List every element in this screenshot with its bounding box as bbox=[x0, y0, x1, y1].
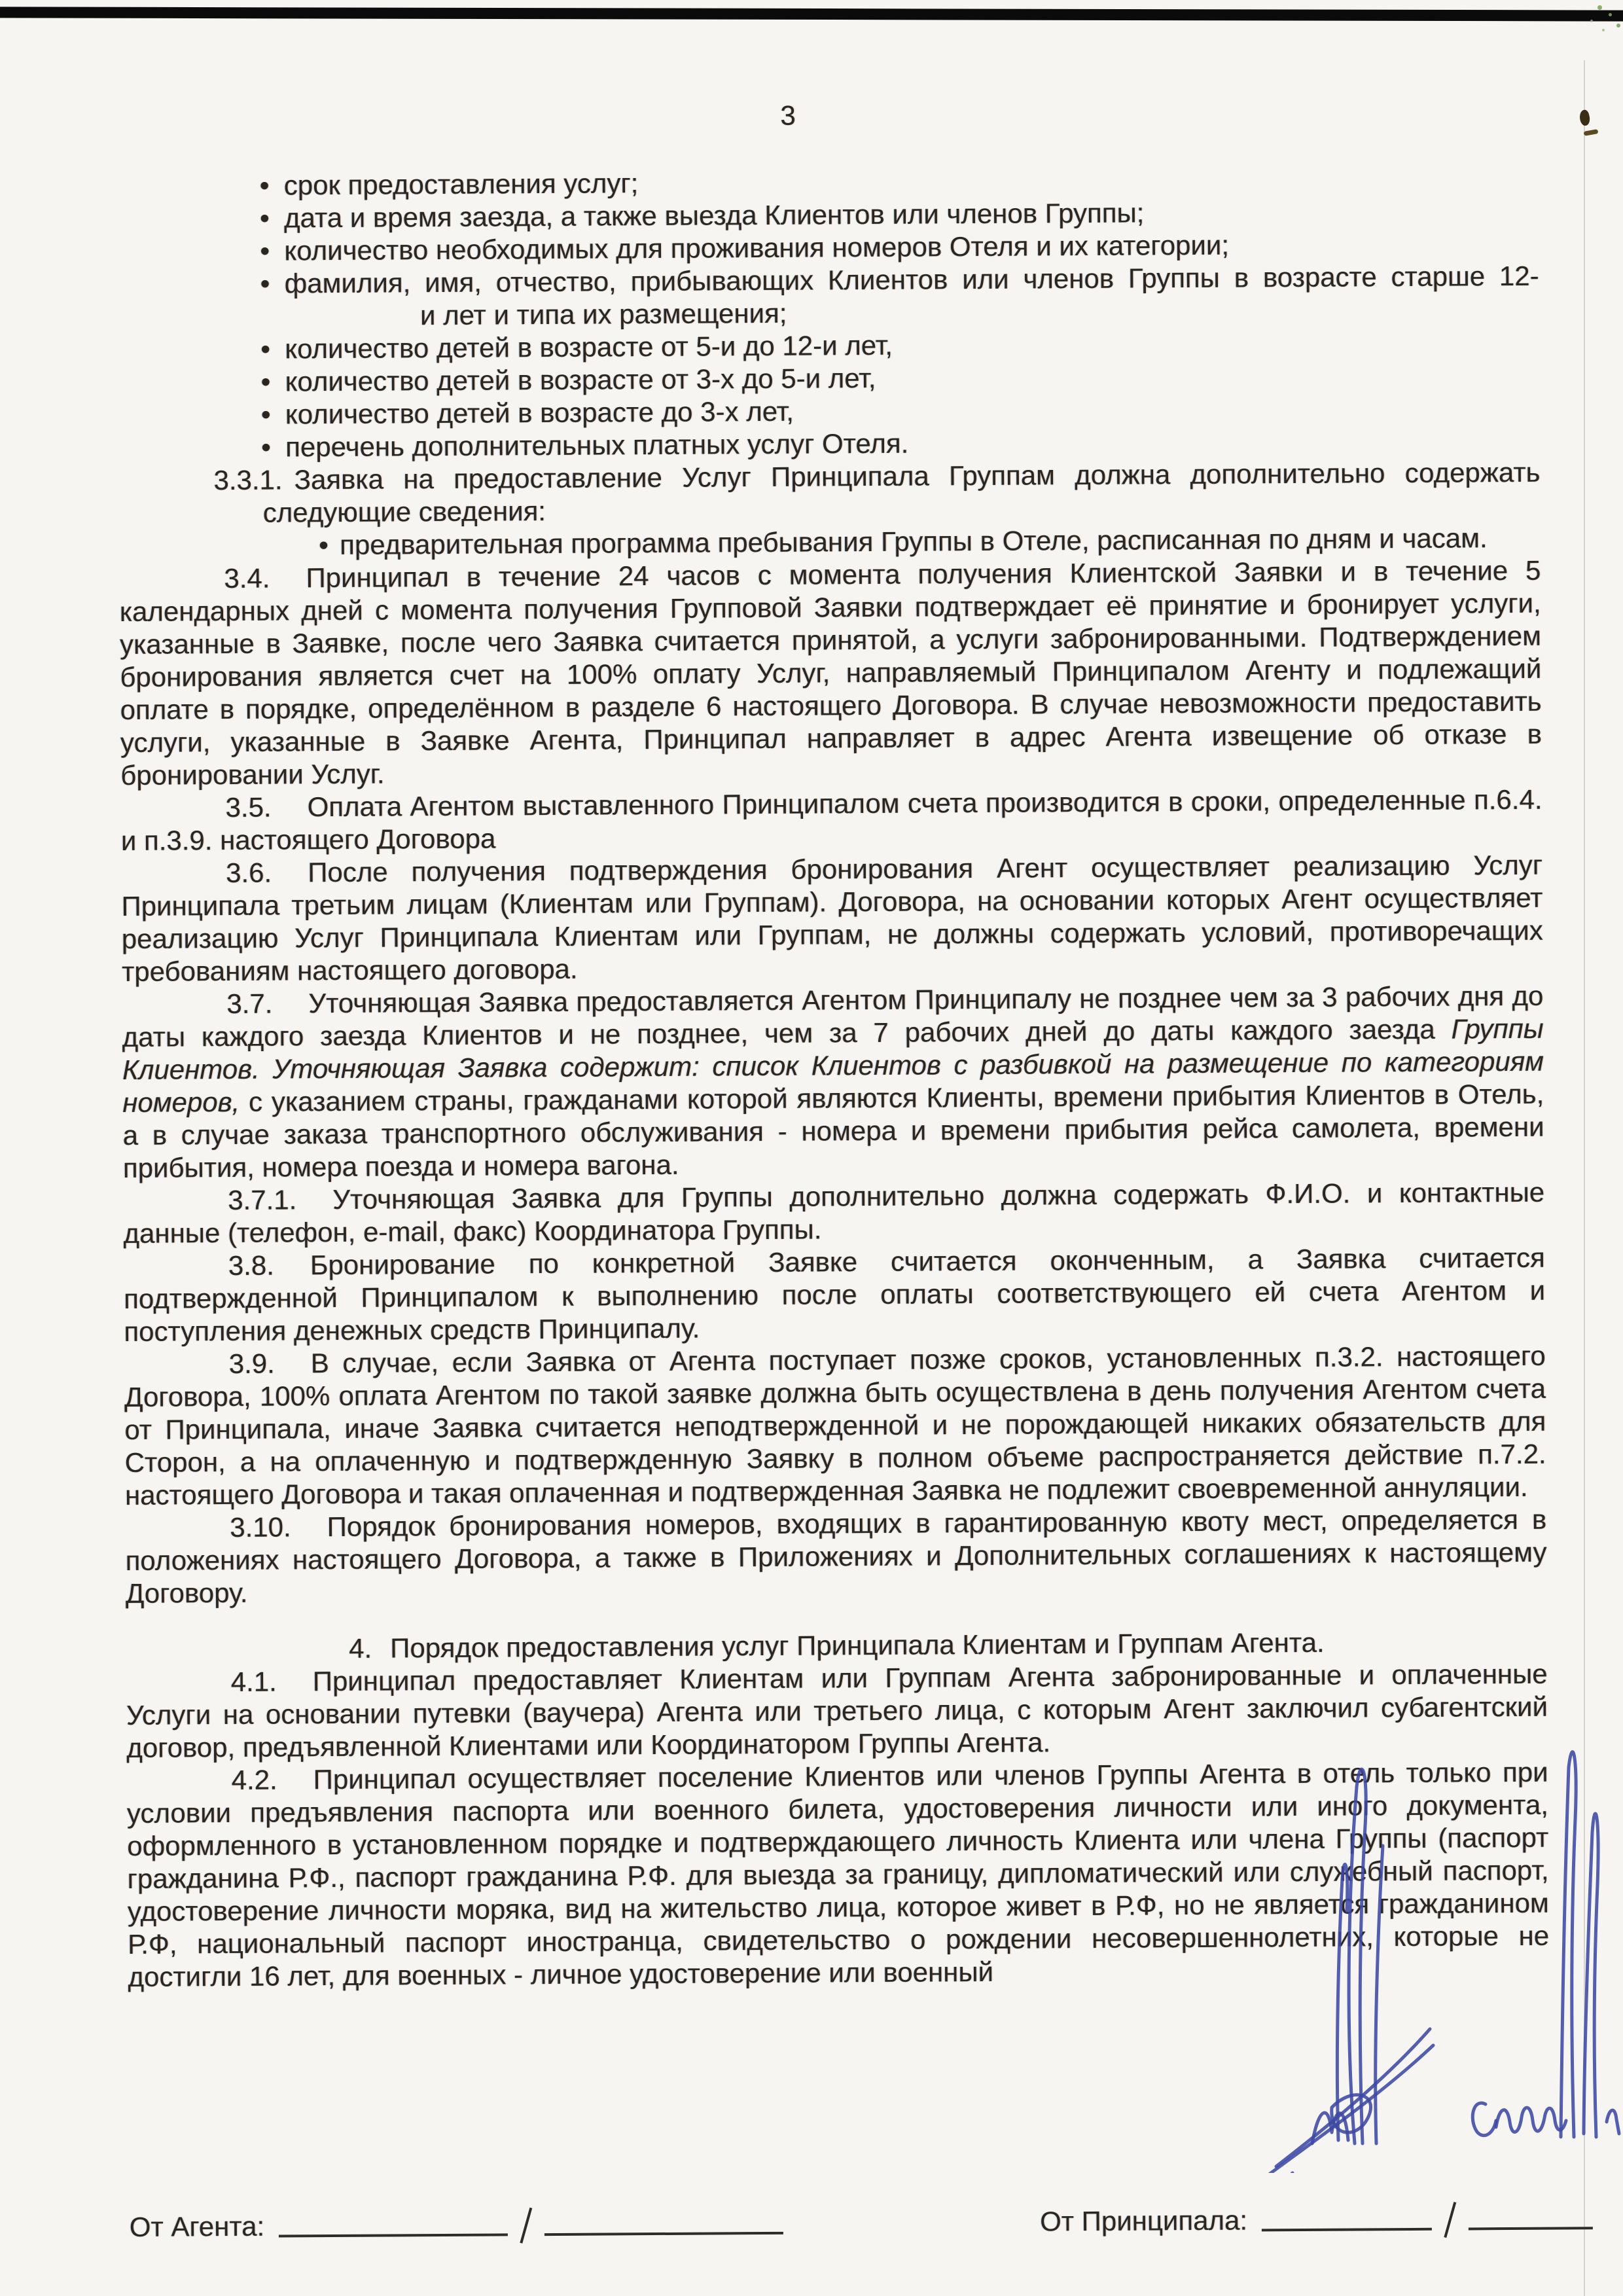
clause-number: 4.2. bbox=[232, 1765, 277, 1795]
signature-stroke bbox=[1607, 2110, 1619, 2134]
document-body: 3 •срок предоставления услуг; •дата и вр… bbox=[116, 95, 1550, 1994]
paragraph-3-6: 3.6.После получения подтверждения бронир… bbox=[121, 849, 1543, 988]
clause-text: Порядок бронирования номеров, входящих в… bbox=[125, 1504, 1546, 1609]
signature-stroke bbox=[1472, 2103, 1496, 2136]
signature-stroke bbox=[1253, 2045, 1433, 2173]
principal-signature-line-2 bbox=[1469, 2227, 1593, 2230]
clause-number: 3.9. bbox=[229, 1348, 275, 1379]
bullet-text: перечень дополнительных платных услуг От… bbox=[285, 428, 908, 463]
principal-signature-slash bbox=[1444, 2202, 1457, 2238]
paragraph-3-9: 3.9.В случае, если Заявка от Агента пост… bbox=[124, 1340, 1546, 1512]
clause-text: Уточняющая Заявка для Группы дополнитель… bbox=[123, 1177, 1544, 1249]
agent-signature-label: От Агента: bbox=[130, 2210, 265, 2244]
bullet-text: фамилия, имя, отчество, прибывающих Клие… bbox=[285, 260, 1539, 299]
agent-signature-line-2 bbox=[544, 2232, 783, 2236]
clause-number: 3.6. bbox=[226, 857, 272, 888]
paragraph-3-7: 3.7.Уточняющая Заявка предоставляется Аг… bbox=[122, 980, 1544, 1185]
clause-number: 3.8. bbox=[228, 1250, 274, 1281]
clause-text: Уточняющая Заявка предоставляется Агенто… bbox=[122, 980, 1544, 1052]
clause-text: Бронирование по конкретной Заявке считае… bbox=[124, 1242, 1545, 1347]
clause-number: 3.4. bbox=[224, 563, 270, 594]
signature-stroke bbox=[1349, 1769, 1366, 2144]
bullet-text: количество необходимых для проживания но… bbox=[284, 230, 1229, 266]
agent-signature-slash bbox=[520, 2208, 533, 2244]
bullet-icon: • bbox=[260, 365, 285, 398]
signature-stroke bbox=[1496, 2108, 1566, 2132]
bullet-icon: • bbox=[260, 234, 284, 267]
bullet-icon: • bbox=[260, 169, 284, 202]
ink-blot bbox=[1578, 109, 1592, 127]
bullet-text: дата и время заезда, а также выезда Клие… bbox=[284, 197, 1145, 233]
paragraph-3-10: 3.10.Порядок бронирования номеров, входя… bbox=[125, 1503, 1547, 1610]
clause-text: После получения подтверждения бронирован… bbox=[121, 850, 1543, 987]
speckle-3 bbox=[1616, 24, 1620, 27]
section-title: Порядок предоставления услуг Принципала … bbox=[390, 1627, 1325, 1664]
paragraph-3-3-1: 3.3.1.Заявка на предоставление Услуг При… bbox=[213, 456, 1541, 529]
paragraph-3-4: 3.4.Принципал в течение 24 часов с момен… bbox=[119, 554, 1542, 792]
clause-number: 3.5. bbox=[225, 792, 271, 823]
paragraph-3-7-1: 3.7.1.Уточняющая Заявка для Группы допол… bbox=[123, 1176, 1545, 1250]
bullet-text: количество детей в возрасте от 3-х до 5-… bbox=[285, 363, 876, 397]
clause-number: 3.3.1. bbox=[213, 464, 282, 495]
scanned-page: 3 •срок предоставления услуг; •дата и вр… bbox=[0, 0, 1623, 2296]
clause-text: Принципал в течение 24 часов с момента п… bbox=[120, 555, 1542, 791]
clause-text: В случае, если Заявка от Агента поступае… bbox=[124, 1340, 1546, 1511]
bullet-text: количество детей в возрасте от 5-и до 12… bbox=[285, 330, 893, 365]
signature-stroke bbox=[1584, 1814, 1598, 2137]
signature-row: От Агента: От Принципала: bbox=[130, 2201, 1551, 2244]
bullet-icon: • bbox=[260, 332, 285, 365]
bullet-icon: • bbox=[260, 267, 285, 300]
bullet-text: количество детей в возрасте до 3-х лет, bbox=[285, 396, 794, 430]
bullet-text: предварительная программа пребывания Гру… bbox=[340, 522, 1488, 560]
agent-signature-line-1 bbox=[279, 2233, 508, 2237]
speckle-4 bbox=[1602, 29, 1605, 31]
page-number: 3 bbox=[77, 95, 1499, 136]
principal-signature-block: От Принципала: bbox=[1040, 2200, 1593, 2238]
clause-number: 3.10. bbox=[230, 1511, 291, 1543]
signature-stroke bbox=[1561, 1752, 1576, 2137]
bullet-icon: • bbox=[319, 529, 340, 562]
clause-text: с указанием страны, гражданами которой я… bbox=[122, 1079, 1544, 1183]
bullet-text: срок предоставления услуг; bbox=[284, 168, 639, 200]
paragraph-3-8: 3.8.Бронирование по конкретной Заявке сч… bbox=[124, 1242, 1546, 1348]
bullet-list: •срок предоставления услуг; •дата и врем… bbox=[117, 162, 1541, 465]
signature-stroke bbox=[1376, 1846, 1383, 2144]
clause-text: Оплата Агентом выставленного Принципалом… bbox=[121, 784, 1543, 856]
scan-top-band bbox=[0, 7, 1623, 21]
agent-signature-block: От Агента: bbox=[130, 2206, 784, 2244]
clause-number: 4.1. bbox=[231, 1666, 277, 1697]
principal-signature-line-1 bbox=[1262, 2228, 1432, 2232]
section-number: 4. bbox=[349, 1633, 372, 1664]
bullet-icon: • bbox=[261, 431, 285, 463]
speckle-2 bbox=[1609, 13, 1612, 16]
speckle-1 bbox=[1597, 5, 1602, 10]
paragraph-3-5: 3.5.Оплата Агентом выставленного Принцип… bbox=[120, 783, 1543, 857]
clause-number: 3.7.1. bbox=[228, 1184, 296, 1215]
clause-text: Заявка на предоставление Услуг Принципал… bbox=[294, 457, 1540, 495]
ink-blot-dash bbox=[1584, 129, 1599, 136]
bullet-icon: • bbox=[260, 202, 284, 234]
principal-signature-label: От Принципала: bbox=[1040, 2204, 1247, 2238]
bullet-icon: • bbox=[261, 398, 285, 431]
speckle-5 bbox=[1590, 20, 1593, 22]
clause-number: 3.7. bbox=[226, 988, 272, 1019]
principal-signature-ink bbox=[1214, 1715, 1623, 2173]
